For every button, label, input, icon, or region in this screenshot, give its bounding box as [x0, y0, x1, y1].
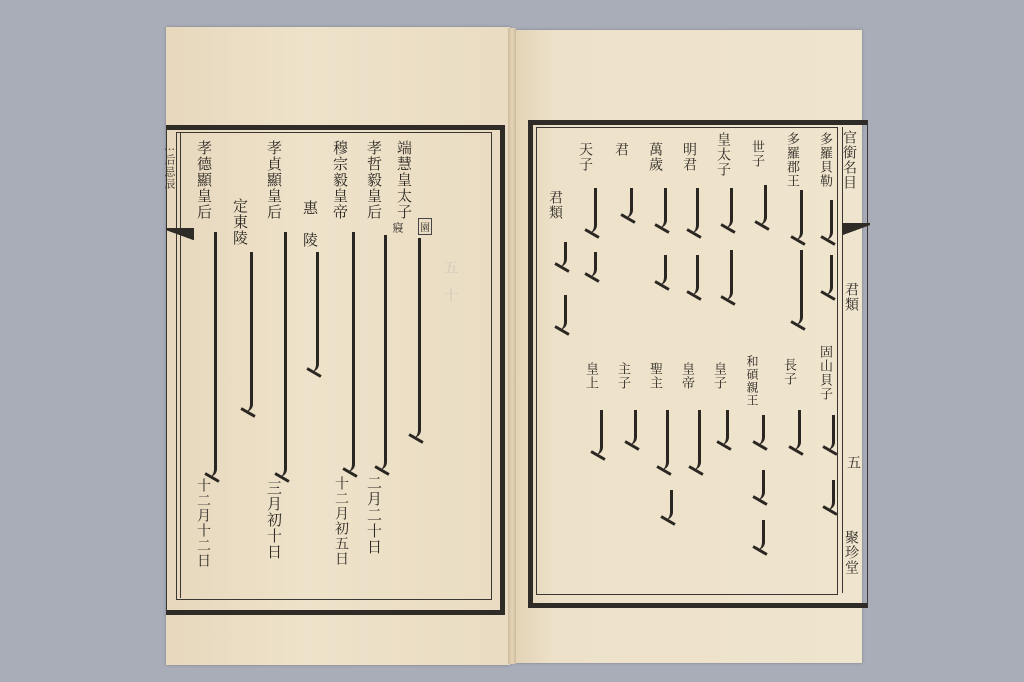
- manchu-script: [708, 410, 729, 445]
- section-label: 君類: [844, 282, 858, 312]
- title-term: 多羅貝勒: [818, 132, 831, 188]
- entry-title: 孝貞顯皇后: [266, 140, 281, 220]
- manchu-script: [812, 255, 833, 295]
- title-term: 主子: [616, 362, 629, 390]
- manchu-script: [678, 188, 699, 233]
- manchu-script: [582, 410, 603, 455]
- manchu-script: [334, 232, 355, 472]
- manchu-script: [814, 480, 835, 510]
- title-term: 皇太子: [716, 132, 730, 177]
- entry-date: 十二月初五日: [334, 476, 348, 566]
- title-term: 皇上: [584, 362, 597, 390]
- entry-title: 孝德顯皇后: [196, 140, 211, 220]
- manchu-script: [646, 255, 667, 285]
- manchu-script: [814, 415, 835, 450]
- entry-note: 定東陵: [232, 198, 247, 246]
- bleed-through-text: 五 十: [440, 260, 460, 302]
- manchu-script: [546, 242, 567, 267]
- title-term: 天子: [578, 142, 592, 172]
- manchu-script: [680, 410, 701, 470]
- manchu-script: [576, 188, 597, 233]
- entry-note: 寢: [392, 222, 403, 234]
- sub-heading: 君類: [548, 190, 562, 220]
- title-term: 明君: [682, 142, 696, 172]
- title-term: 皇子: [712, 362, 725, 390]
- right-margin-title: 官銜名目: [842, 130, 856, 190]
- left-margin-title: …后忌辰: [164, 140, 175, 190]
- manchu-script: [812, 200, 833, 240]
- right-page-margin-rule: [842, 127, 843, 593]
- entry-date: 二月二十日: [366, 475, 381, 555]
- manchu-script: [576, 252, 597, 277]
- entry-title: 孝哲毅皇后: [366, 140, 381, 220]
- title-term: 固山貝子: [818, 345, 831, 401]
- manchu-script: [744, 470, 765, 500]
- manchu-script: [616, 410, 637, 445]
- manchu-script: [652, 490, 673, 520]
- entry-title: 端慧皇太子: [396, 140, 411, 220]
- manchu-script: [232, 252, 253, 412]
- manchu-script: [712, 188, 733, 228]
- manchu-script: [546, 295, 567, 330]
- manchu-script: [746, 185, 767, 225]
- manchu-script: [266, 232, 287, 477]
- entry-date: 十二月十二日: [196, 478, 210, 568]
- manchu-script: [712, 250, 733, 300]
- manchu-script: [366, 235, 387, 470]
- right-fish-tail-mark: [842, 223, 870, 235]
- manchu-script: [196, 232, 217, 477]
- manchu-script: [612, 188, 633, 218]
- publisher-mark: 聚珍堂: [844, 530, 858, 575]
- title-term: 多羅郡王: [785, 132, 798, 188]
- title-term: 皇帝: [680, 362, 693, 390]
- title-term: 長子: [782, 358, 795, 386]
- manchu-script: [400, 238, 421, 438]
- left-fish-tail-mark: [166, 228, 194, 240]
- entry-note: 陵: [302, 232, 317, 248]
- title-term: 君: [614, 142, 628, 157]
- entry-title: 穆宗毅皇帝: [332, 140, 347, 220]
- book-gutter: [508, 28, 516, 664]
- title-term: 和碩親王: [746, 355, 758, 407]
- seal-mark: 園: [418, 218, 432, 235]
- manchu-script: [744, 520, 765, 550]
- entry-date: 三月初十日: [266, 480, 281, 560]
- manchu-script: [646, 188, 667, 228]
- title-term: 聖主: [648, 362, 661, 390]
- page-number: 五: [846, 455, 860, 470]
- title-term: 世子: [750, 140, 763, 168]
- manchu-script: [648, 410, 669, 470]
- left-page-margin-rule: [180, 132, 181, 598]
- manchu-script: [782, 190, 803, 240]
- manchu-script: [298, 252, 319, 372]
- manchu-script: [744, 415, 765, 445]
- entry-note: 惠: [302, 200, 317, 216]
- manchu-script: [782, 250, 803, 325]
- title-term: 萬歲: [648, 142, 662, 172]
- manchu-script: [678, 255, 699, 295]
- manchu-script: [780, 410, 801, 450]
